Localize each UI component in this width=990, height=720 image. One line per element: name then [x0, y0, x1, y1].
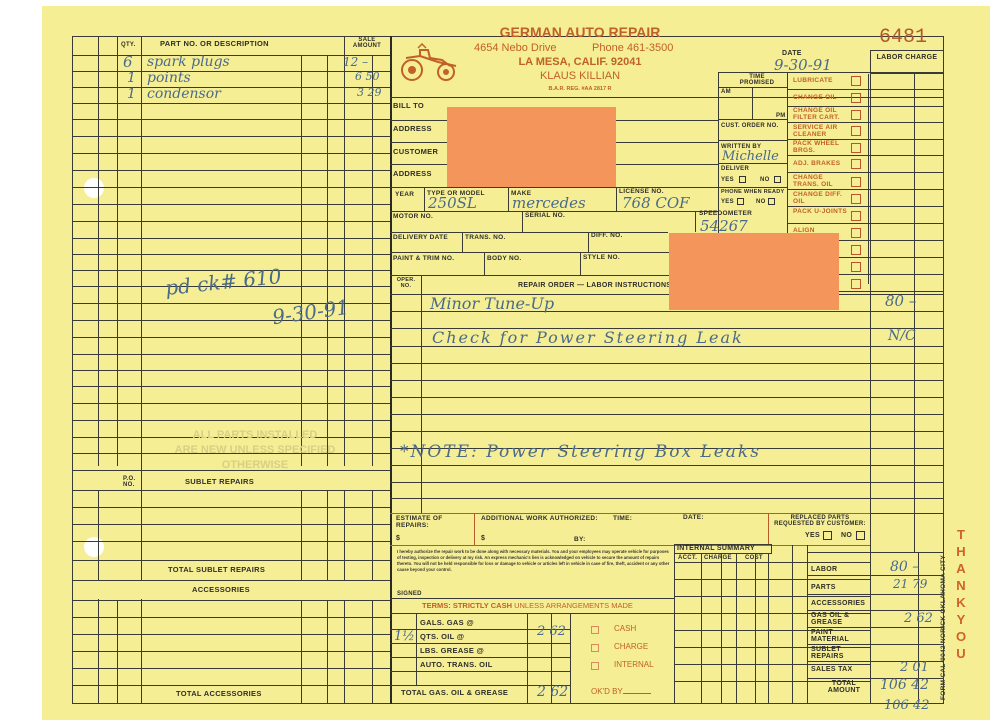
estimate-label: ESTIMATE OF REPAIRS:: [396, 516, 466, 530]
qty-header: QTY.: [121, 42, 136, 48]
cust-order-label: CUST. ORDER NO.: [721, 123, 779, 129]
service-trans-oil: CHANGE TRANS. OIL: [793, 174, 849, 188]
part-qty: 1: [127, 70, 136, 86]
replaced-no-label: NO: [841, 532, 852, 539]
service-checkbox[interactable]: [851, 93, 861, 103]
address-label: ADDRESS: [393, 125, 432, 133]
phone-yes-label: YES: [721, 199, 734, 205]
part-description: condensor: [147, 86, 221, 102]
company-address: 4654 Nebo Drive: [474, 42, 557, 54]
paint-trim-label: PAINT & TRIM NO.: [393, 256, 454, 263]
form-code: FORM CAL-9042 NORICK OKLAHOMA CITY: [940, 555, 947, 700]
total-accessories-label: TOTAL ACCESSORIES: [176, 690, 262, 698]
diff-label: DIFF. NO.: [591, 233, 623, 240]
additional-work-label: ADDITIONAL WORK AUTHORIZED:: [481, 516, 598, 523]
terms-text: TERMS: STRICTLY CASH UNLESS ARRANGEMENTS…: [422, 601, 633, 610]
internal-summary-title: INTERNAL SUMMARY: [677, 545, 755, 552]
payment-charge-label: CHARGE: [614, 642, 648, 651]
signed-label: SIGNED: [397, 591, 422, 597]
internal-col-acct: ACCT.: [678, 555, 697, 561]
service-change-oil: CHANGE OIL: [793, 94, 837, 101]
additional-dollar: $: [481, 535, 485, 542]
service-u-joints: PACK U-JOINTS: [793, 208, 849, 215]
payment-cash-checkbox[interactable]: [591, 626, 599, 634]
repair-line-text: Check for Power Steering Leak: [432, 328, 744, 347]
repair-line-text: Minor Tune-Up: [430, 294, 554, 313]
written-by-value: Michelle: [722, 149, 779, 164]
replaced-no-checkbox[interactable]: [856, 531, 865, 540]
parts-watermark: ALL PARTS INSTALLED ARE NEW UNLESS SPECI…: [140, 428, 370, 473]
payment-charge-checkbox[interactable]: [591, 644, 599, 652]
company-owner: KLAUS KILLIAN: [470, 70, 690, 82]
redaction-block: [669, 233, 839, 310]
replaced-yes-label: YES: [805, 532, 820, 539]
service-checkbox[interactable]: [851, 279, 861, 289]
total-sales-tax-value: 2 01: [900, 660, 929, 675]
grease-label: LBS. GREASE @: [420, 647, 484, 655]
oil-label: QTS. OIL @: [420, 633, 464, 641]
bar-registration: B.A.R. REG. #AA 2817 R: [470, 86, 690, 92]
date-label: DATE:: [683, 515, 704, 522]
part-amount: 3 29: [357, 86, 382, 99]
total-labor-value: 80 –: [890, 559, 919, 575]
part-qty: 1: [127, 86, 136, 102]
internal-col-charge: CHARGE: [704, 555, 732, 561]
repair-line-text: *NOTE: Power Steering Box Leaks: [400, 442, 761, 462]
service-checkbox[interactable]: [851, 262, 861, 272]
body-label: BODY NO.: [487, 256, 521, 263]
service-checkbox[interactable]: [851, 177, 861, 187]
total-parts-label: PARTS: [811, 584, 836, 591]
part-qty: 6: [123, 53, 133, 71]
total-amount-restated: 106 42: [884, 698, 930, 713]
by-label: BY:: [574, 537, 586, 544]
pm-label: PM: [776, 113, 786, 119]
service-diff-oil: CHANGE DIFF. OIL: [793, 191, 849, 205]
service-change-oil-filter: CHANGE OIL FILTER CART.: [793, 107, 849, 121]
total-accessories-label: ACCESSORIES: [811, 600, 865, 607]
deliver-yes-label: YES: [721, 177, 734, 183]
model-value: 250SL: [428, 194, 477, 212]
service-checkbox[interactable]: [851, 159, 861, 169]
total-sales-tax-label: SALES TAX: [811, 666, 852, 673]
license-value: 768 COF: [622, 194, 690, 212]
repair-order-header: REPAIR ORDER — LABOR INSTRUCTIONS: [518, 282, 671, 289]
phone-yes-checkbox[interactable]: [737, 198, 744, 205]
service-checkbox[interactable]: [851, 126, 861, 136]
thank-you-text: THANK YOU: [954, 526, 968, 662]
service-checkbox[interactable]: [851, 245, 861, 255]
address2-label: ADDRESS: [393, 170, 432, 178]
trans-oil-label: AUTO. TRANS. OIL: [420, 661, 493, 669]
po-label: P.O. NO.: [123, 476, 139, 489]
redaction-block: [447, 107, 616, 187]
replaced-parts-label: REPLACED PARTS REQUESTED BY CUSTOMER:: [773, 515, 867, 528]
service-air-cleaner: SERVICE AIR CLEANER: [793, 124, 849, 138]
total-paint-label: PAINT MATERIAL: [811, 629, 867, 644]
deliver-no-checkbox[interactable]: [774, 176, 781, 183]
description-header: PART NO. OR DESCRIPTION: [160, 40, 269, 48]
part-description: points: [147, 70, 191, 86]
payment-internal-label: INTERNAL: [614, 660, 654, 669]
service-checkbox[interactable]: [851, 194, 861, 204]
service-checkbox[interactable]: [851, 211, 861, 221]
make-value: mercedes: [512, 194, 586, 212]
service-adj-brakes: ADJ. BRAKES: [793, 160, 840, 167]
serial-label: SERIAL NO.: [525, 213, 565, 220]
total-gas-oil-value: 2 62: [537, 684, 568, 700]
payment-cash-label: CASH: [614, 624, 636, 633]
company-phone: Phone 461-3500: [592, 42, 673, 54]
service-wheel-bearings: PACK WHEEL BRGS.: [793, 140, 849, 154]
form-number: 6481: [879, 26, 927, 49]
service-lubricate: LUBRICATE: [793, 77, 833, 84]
phone-no-checkbox[interactable]: [768, 198, 775, 205]
phone-ready-label: PHONE WHEN READY: [721, 190, 784, 196]
customer-label: CUSTOMER: [393, 148, 438, 156]
year-label: YEAR: [395, 192, 414, 199]
internal-col-cost: COST: [745, 555, 763, 561]
company-name: GERMAN AUTO REPAIR: [470, 24, 690, 40]
time-promised-label: TIME PROMISED: [735, 74, 779, 87]
part-amount: 6 50: [355, 70, 380, 83]
payment-internal-checkbox[interactable]: [591, 662, 599, 670]
total-gas-oil-label: TOTAL GAS. OIL & GREASE: [401, 689, 508, 697]
labor-charge-header: LABOR CHARGE: [872, 54, 942, 61]
replaced-yes-checkbox[interactable]: [823, 531, 832, 540]
oil-amount: 2 62: [537, 624, 566, 639]
service-checkbox[interactable]: [851, 143, 861, 153]
total-labor-label: LABOR: [811, 566, 837, 573]
service-checkbox[interactable]: [851, 76, 861, 86]
style-label: STYLE NO.: [583, 255, 620, 262]
phone-no-label: NO: [756, 199, 766, 205]
oper-no-label: OPER. NO.: [394, 278, 418, 290]
part-description: spark plugs: [147, 54, 230, 70]
time-label: TIME:: [613, 516, 632, 523]
deliver-label: DELIVER: [721, 166, 749, 172]
total-gas-oil-grease-label: GAS OIL & GREASE: [811, 612, 867, 627]
motor-label: MOTOR NO.: [393, 214, 433, 221]
trans-label: TRANS. NO.: [465, 235, 506, 242]
am-label: AM: [721, 89, 731, 95]
estimate-dollar: $: [396, 535, 400, 542]
total-parts-value: 21 79: [893, 577, 927, 591]
accessories-label: ACCESSORIES: [192, 586, 250, 594]
repair-line-charge: N/C: [888, 328, 916, 344]
authorization-text: I hereby authorize the repair work to be…: [397, 549, 672, 573]
part-amount: 12 –: [343, 55, 368, 69]
antique-car-icon: [398, 42, 460, 82]
bill-to-label: BILL TO: [393, 102, 424, 110]
total-amount-label: TOTAL AMOUNT: [822, 680, 866, 695]
delivery-date-label: DELIVERY DATE: [393, 235, 448, 242]
repair-line-charge: 80 –: [885, 292, 916, 310]
service-checkbox[interactable]: [851, 228, 861, 238]
service-checkbox[interactable]: [851, 110, 861, 120]
deliver-yes-checkbox[interactable]: [739, 176, 746, 183]
total-gas-oil-grease-value: 2 62: [904, 611, 933, 626]
total-sublet-label: SUBLET REPAIRS: [811, 646, 867, 661]
oil-qty: 1½: [394, 629, 415, 644]
company-city: LA MESA, CALIF. 92041: [470, 56, 690, 68]
total-amount-value: 106 42: [880, 677, 929, 693]
okd-by-label: OK'D BY: [591, 687, 651, 696]
total-sublet-label: TOTAL SUBLET REPAIRS: [168, 566, 265, 574]
deliver-no-label: NO: [760, 177, 770, 183]
sale-amount-header: SALE AMOUNT: [346, 37, 388, 50]
sublet-repairs-label: SUBLET REPAIRS: [185, 478, 254, 486]
gas-label: GALS. GAS @: [420, 619, 474, 627]
